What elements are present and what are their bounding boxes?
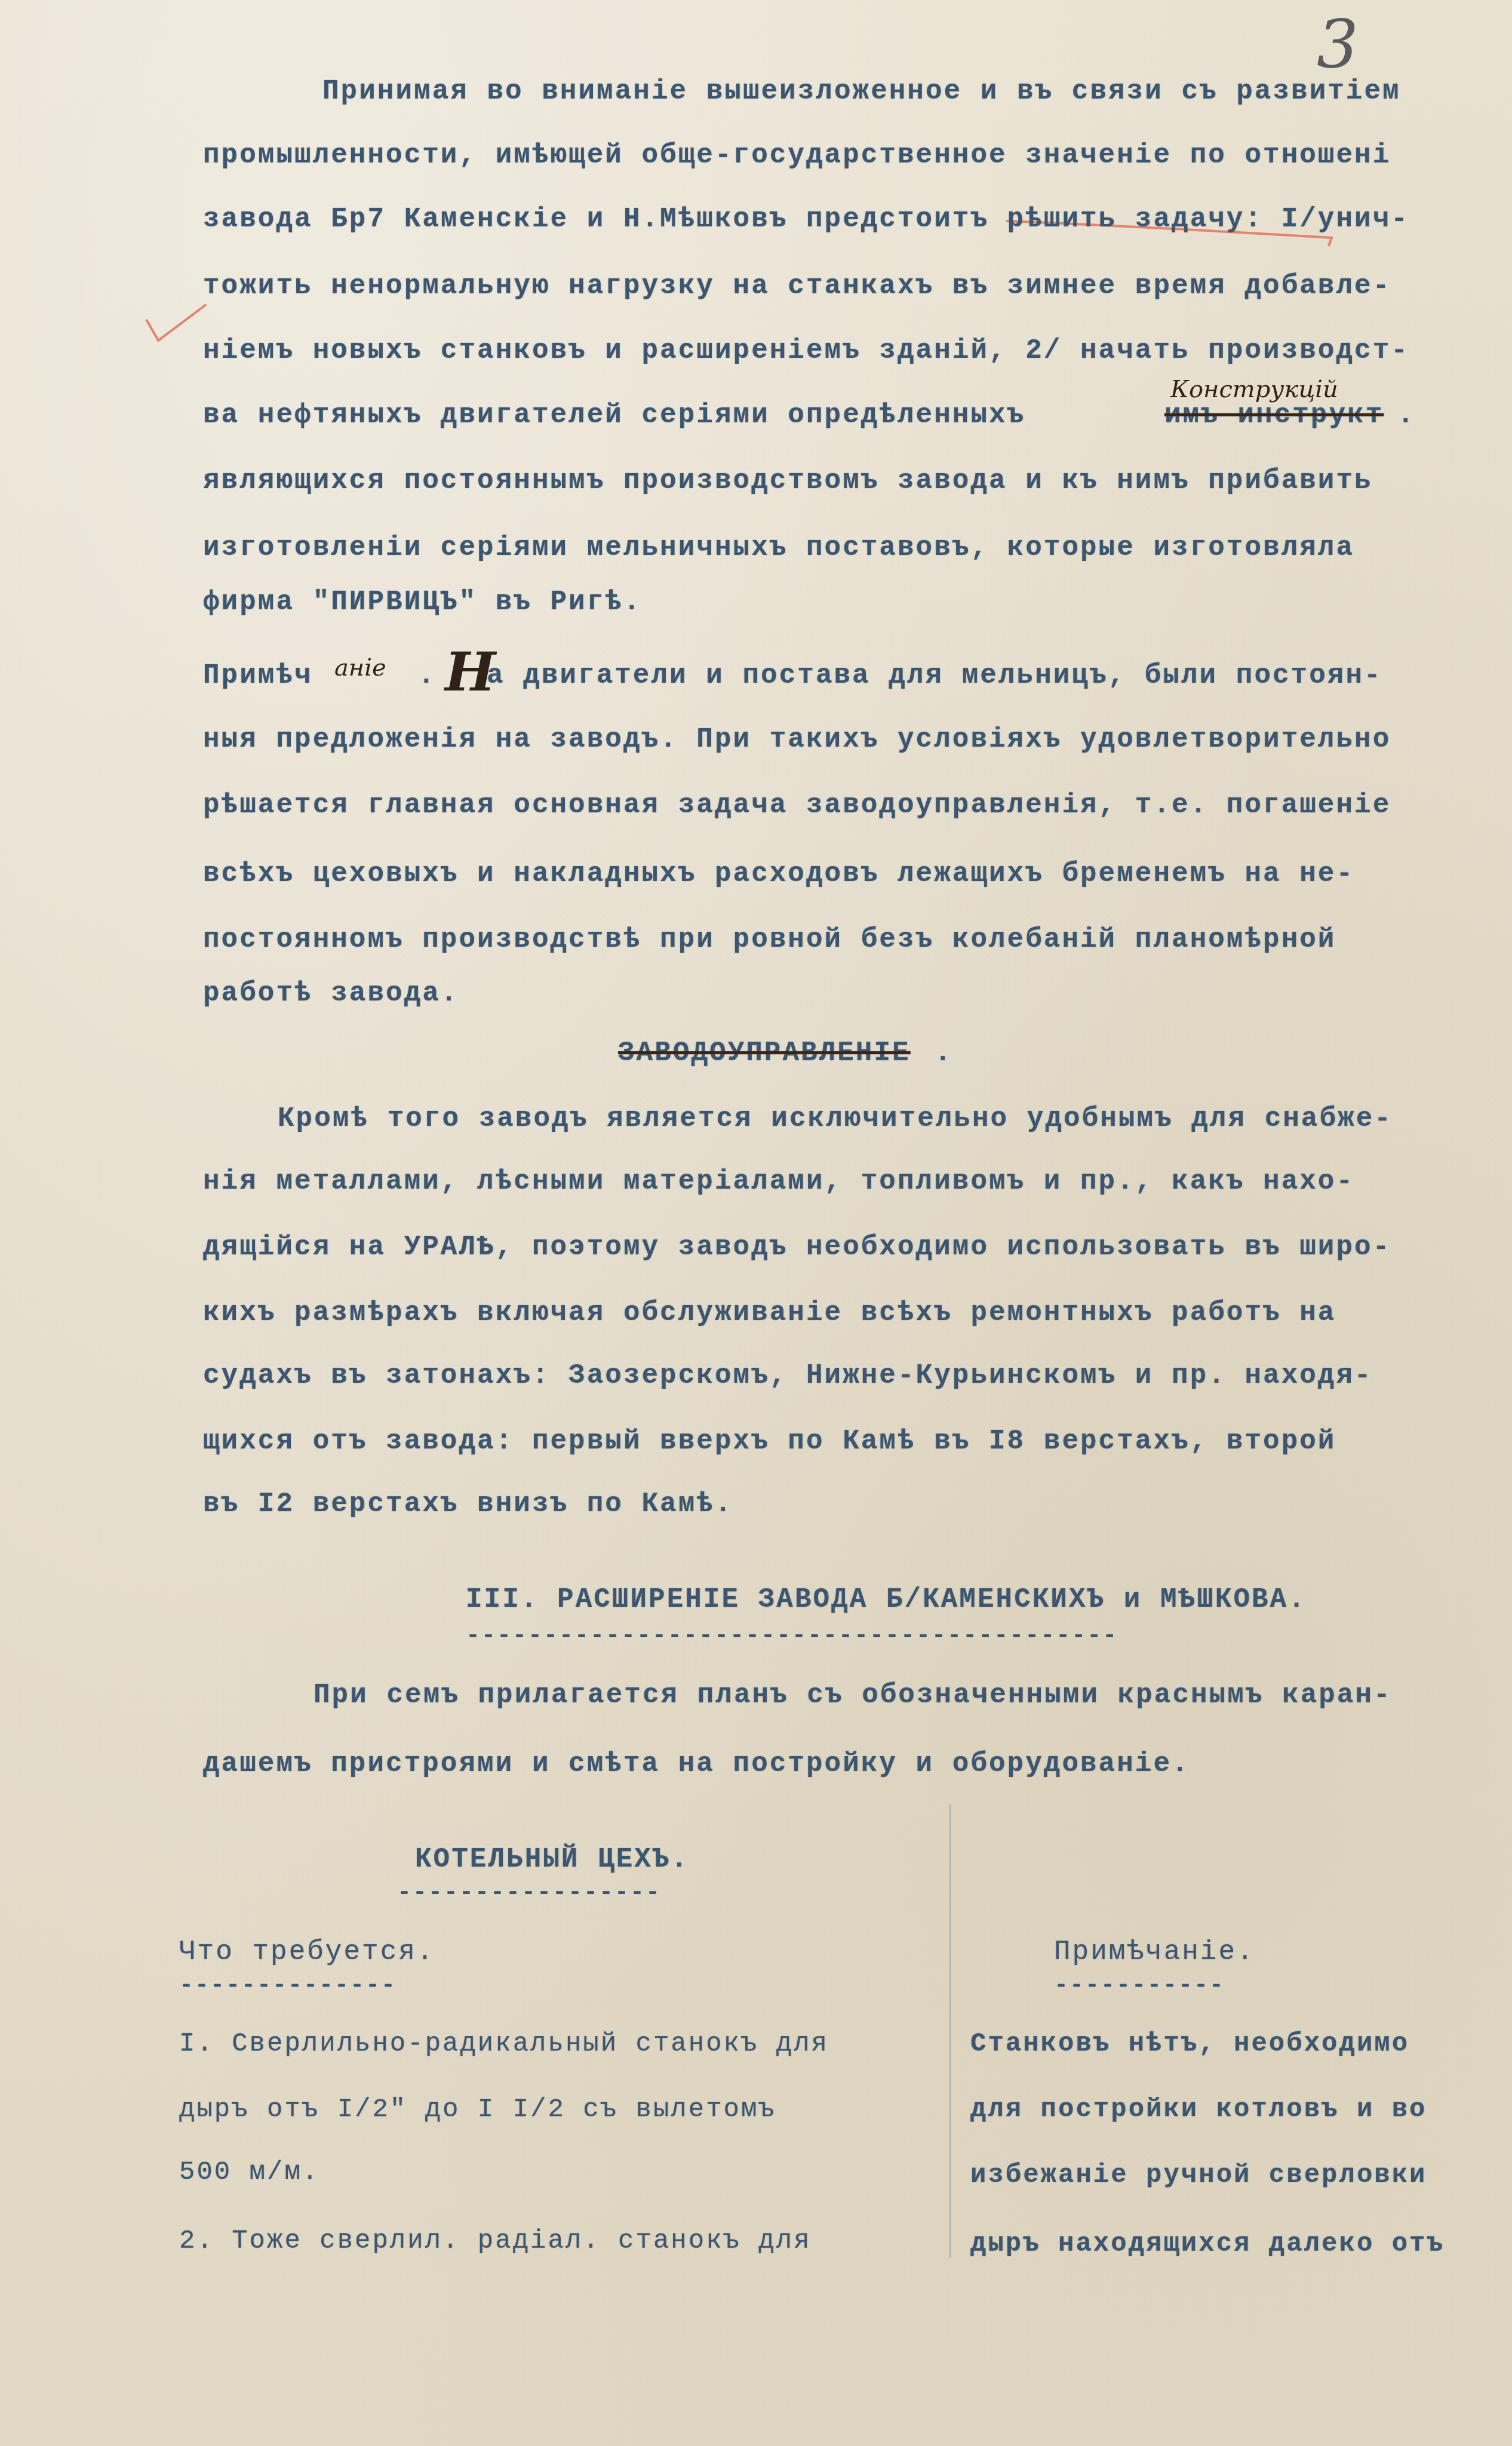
section-heading: III. РАСШИРЕНІЕ ЗАВОДА Б/КАМЕНСКИХЪ и МѢ… <box>466 1586 1307 1613</box>
text-line: ніемъ новыхъ станковъ и расширеніемъ зда… <box>203 337 1409 364</box>
requirement-line: 2. Тоже сверлил. радіал. станокъ для <box>179 2228 812 2254</box>
page-number: 3 <box>1317 6 1359 82</box>
text-line: дящійся на УРАЛѢ, поэтому заводъ необход… <box>203 1233 1391 1261</box>
text-line: щихся отъ завода: первый вверхъ по Камѣ … <box>203 1428 1336 1455</box>
text-line: ныя предложенія на заводъ. При такихъ ус… <box>203 726 1391 753</box>
text-line: При семъ прилагается планъ съ обозначенн… <box>314 1681 1392 1709</box>
note-label-suffix: . <box>418 662 437 689</box>
text-line: изготовленіи серіями мельничныхъ поставо… <box>203 534 1354 561</box>
text-line: ва нефтяныхъ двигателей серіями опредѣле… <box>203 401 1025 429</box>
requirement-line: дыръ отъ I/2" до I I/2 съ вылетомъ <box>179 2097 776 2123</box>
text-line: судахъ въ затонахъ: Заозерскомъ, Нижне-К… <box>203 1362 1373 1389</box>
boiler-shop-heading: КОТЕЛЬНЫЙ ЦЕХЪ. <box>415 1846 689 1873</box>
paper-background <box>0 0 1512 2446</box>
struck-suffix: . <box>1397 401 1416 429</box>
left-column-underline: -------------- <box>179 1974 397 1998</box>
text-line: кихъ размѣрахъ включая обслуживаніе всѣх… <box>203 1299 1336 1327</box>
handwritten-correction: аніе <box>334 656 386 680</box>
requirement-line: 500 м/м. <box>179 2159 319 2186</box>
text-line: дашемъ пристроями и смѣта на постройку и… <box>203 1750 1190 1778</box>
text-line: Кромѣ того заводъ является исключительно… <box>278 1105 1393 1133</box>
section-heading-underline: ----------------------------------------… <box>466 1625 1118 1649</box>
note-line: дыръ находящихся далеко отъ <box>970 2231 1445 2257</box>
note-line: Станковъ нѣтъ, необходимо <box>970 2031 1409 2057</box>
struck-text: имъ инструкт <box>1164 401 1384 429</box>
text-line: промышленности, имѣющей обще-государстве… <box>203 142 1391 169</box>
boiler-shop-underline: ----------------- <box>397 1882 661 1905</box>
column-divider <box>949 1804 951 2258</box>
text-line: постоянномъ производствѣ при ровной безъ… <box>203 926 1336 953</box>
text-line: нія металлами, лѣсными матеріалами, топл… <box>203 1168 1354 1195</box>
text-line: Принимая во вниманіе вышеизложенное и въ… <box>322 78 1401 105</box>
text-line: работѣ завода. <box>203 980 459 1007</box>
struck-heading: ЗАВОДОУПРАВЛЕНІЕ <box>618 1039 911 1067</box>
text-line: фирма "ПИРВИЦЪ" въ Ригѣ. <box>203 588 642 616</box>
text-line: рѣшается главная основная задача заводоу… <box>203 791 1391 819</box>
text-line: являющихся постояннымъ производствомъ за… <box>203 467 1373 495</box>
text-line: завода Бр7 Каменскіе и Н.Мѣшковъ предсто… <box>203 205 1409 233</box>
text-line: тожить ненормальную нагрузку на станкахъ… <box>203 272 1391 300</box>
right-column-underline: ----------- <box>1054 1974 1225 1998</box>
handwritten-insert: Конструкцій <box>1170 378 1338 401</box>
struck-heading-suffix: . <box>935 1039 953 1067</box>
note-line: для постройки котловъ и во <box>970 2097 1427 2123</box>
right-column-header: Примѣчаніе. <box>1054 1938 1255 1966</box>
note-line: избежаніе ручной сверловки <box>970 2162 1427 2189</box>
requirement-line: I. Сверлильно-радикальный станокъ для <box>179 2031 829 2057</box>
note-label: Примѣч <box>203 662 313 689</box>
text-line: въ I2 верстахъ внизъ по Камѣ. <box>203 1490 733 1518</box>
left-column-header: Что требуется. <box>179 1938 435 1966</box>
text-line: а двигатели и постава для мельницъ, были… <box>487 662 1382 689</box>
text-line: всѣхъ цеховыхъ и накладныхъ расходовъ ле… <box>203 860 1354 888</box>
